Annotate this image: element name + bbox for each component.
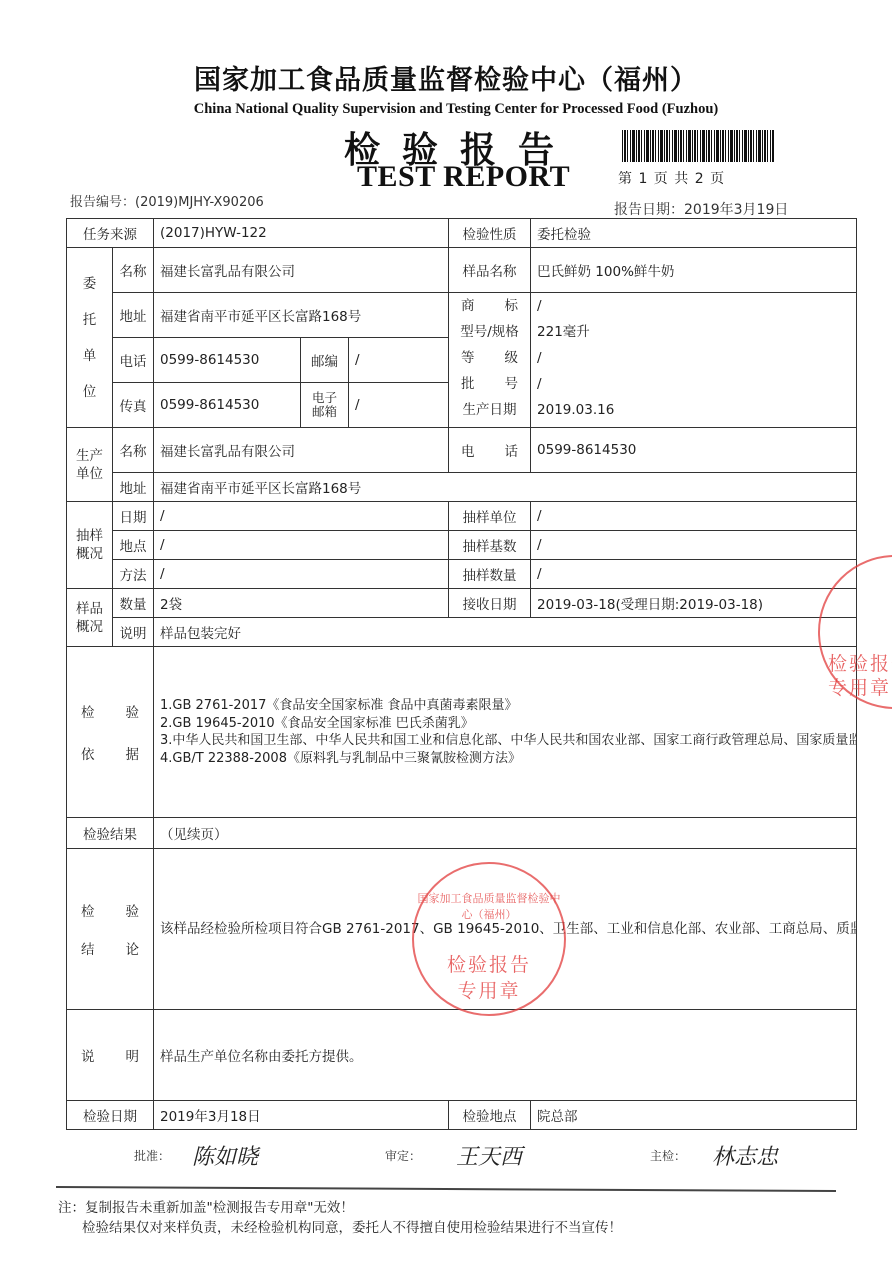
producer-address-row: 地址 福建省南平市延平区长富路168号 (67, 473, 857, 502)
stamp-ring-text: 国家加工食品质量监督检验中心（福州） (414, 890, 564, 922)
basis-row: 检验 依据 1.GB 2761-2017《食品安全国家标准 食品中真菌毒素限量》… (67, 647, 857, 818)
sampling-place-row: 地点 / 抽样基数 / (67, 531, 857, 560)
basis-item: 1.GB 2761-2017《食品安全国家标准 食品中真菌毒素限量》 (160, 697, 850, 715)
inspection-type-label: 检验性质 (449, 219, 531, 248)
task-label: 任务来源 (67, 219, 154, 248)
sampling-unit-label: 抽样单位 (449, 502, 531, 531)
barcode (622, 130, 774, 162)
report-title-en: TEST REPORT (357, 160, 570, 194)
approve-label: 批准： (134, 1147, 170, 1164)
inspection-date-row: 检验日期 2019年3月18日 检验地点 院总部 (67, 1101, 857, 1130)
producer-name-row: 生产单位 名称 福建长富乳品有限公司 电话 0599-8614530 (67, 428, 857, 473)
producer-name: 福建长富乳品有限公司 (154, 428, 449, 473)
client-postcode-label: 邮编 (301, 338, 349, 383)
client-name-row: 委托单位 名称 福建长富乳品有限公司 样品名称 巴氏鲜奶 100%鲜牛奶 (67, 248, 857, 293)
inspection-type-value: 委托检验 (531, 219, 857, 248)
sampling-method-row: 方法 / 抽样数量 / (67, 560, 857, 589)
stamp-center-text-1: 检验报告 (414, 950, 564, 977)
stamp-center-text-2: 专用章 (414, 976, 564, 1003)
sample-qty-label: 数量 (113, 589, 154, 618)
org-name-cn: 国家加工食品质量监督检验中心（福州） (0, 58, 892, 97)
client-phone-label: 电话 (113, 338, 154, 383)
basis-label: 检验 依据 (67, 647, 154, 818)
approve-signature: 陈如晓 (192, 1140, 258, 1171)
result-row: 检验结果 （见续页） (67, 818, 857, 849)
sample-grade: / (537, 345, 850, 371)
sample-attr-labels: 商标 型号/规格 等级 批号 生产日期 (449, 293, 531, 428)
client-email: / (349, 383, 449, 428)
sample-prod-date: 2019.03.16 (537, 397, 850, 423)
client-group-label: 委托单位 (67, 248, 113, 428)
sampling-place-label: 地点 (113, 531, 154, 560)
review-label: 审定： (385, 1147, 421, 1164)
producer-group-label: 生产单位 (67, 428, 113, 502)
basis-list: 1.GB 2761-2017《食品安全国家标准 食品中真菌毒素限量》 2.GB … (154, 647, 857, 818)
conclusion-label: 检验 结论 (67, 849, 154, 1010)
sampling-group-label: 抽样概况 (67, 502, 113, 589)
client-phone: 0599-8614530 (154, 338, 301, 383)
sampling-base-label: 抽样基数 (449, 531, 531, 560)
sample-qty: 2袋 (154, 589, 449, 618)
task-row: 任务来源 (2017)HYW-122 检验性质 委托检验 (67, 219, 857, 248)
producer-phone: 0599-8614530 (531, 428, 857, 473)
sampling-date-label: 日期 (113, 502, 154, 531)
footer-note-2: 检验结果仅对来样负责，未经检验机构同意，委托人不得擅自使用检验结果进行不当宣传！ (82, 1216, 622, 1236)
inspector-label: 主检： (650, 1147, 686, 1164)
sample-name: 巴氏鲜奶 100%鲜牛奶 (531, 248, 857, 293)
sample-desc-label: 说明 (113, 618, 154, 647)
sampling-date-row: 抽样概况 日期 / 抽样单位 / (67, 502, 857, 531)
producer-name-label: 名称 (113, 428, 154, 473)
sampling-qty: / (531, 560, 857, 589)
receive-date-label: 接收日期 (449, 589, 531, 618)
sample-desc: 样品包装完好 (154, 618, 857, 647)
sampling-date: / (154, 502, 449, 531)
sample-attr-values: / 221毫升 / / 2019.03.16 (531, 293, 857, 428)
result-label: 检验结果 (67, 818, 154, 849)
sample-brand: / (537, 293, 850, 319)
sampling-unit: / (531, 502, 857, 531)
client-fax-label: 传真 (113, 383, 154, 428)
sampling-method: / (154, 560, 449, 589)
producer-address: 福建省南平市延平区长富路168号 (154, 473, 857, 502)
basis-item: 3.中华人民共和国卫生部、中华人民共和国工业和信息化部、中华人民共和国农业部、国… (160, 732, 850, 750)
client-fax: 0599-8614530 (154, 383, 301, 428)
sampling-method-label: 方法 (113, 560, 154, 589)
receive-date: 2019-03-18(受理日期:2019-03-18) (531, 589, 857, 618)
producer-address-label: 地址 (113, 473, 154, 502)
sample-batch: / (537, 371, 850, 397)
client-address: 福建省南平市延平区长富路168号 (154, 293, 449, 338)
review-signature: 王天西 (456, 1140, 522, 1171)
inspection-date-label: 检验日期 (67, 1101, 154, 1130)
remark-label: 说明 (67, 1010, 154, 1101)
remark-row: 说明 样品生产单位名称由委托方提供。 (67, 1010, 857, 1101)
page-info: 第 1 页 共 2 页 (618, 168, 725, 188)
inspection-date: 2019年3月18日 (154, 1101, 449, 1130)
sample-name-label: 样品名称 (449, 248, 531, 293)
client-email-label: 电子邮箱 (301, 383, 349, 428)
result-value: （见续页） (154, 818, 857, 849)
producer-phone-label: 电话 (449, 428, 531, 473)
remark-text: 样品生产单位名称由委托方提供。 (154, 1010, 857, 1101)
official-stamp: 国家加工食品质量监督检验中心（福州） 检验报告 专用章 (412, 862, 566, 1016)
inspection-place: 院总部 (531, 1101, 857, 1130)
basis-item: 2.GB 19645-2010《食品安全国家标准 巴氏杀菌乳》 (160, 715, 850, 733)
client-postcode: / (349, 338, 449, 383)
sample-qty-row: 样品概况 数量 2袋 接收日期 2019-03-18(受理日期:2019-03-… (67, 589, 857, 618)
sample-status-group-label: 样品概况 (67, 589, 113, 647)
sample-desc-row: 说明 样品包装完好 (67, 618, 857, 647)
sampling-qty-label: 抽样数量 (449, 560, 531, 589)
client-address-row: 地址 福建省南平市延平区长富路168号 商标 型号/规格 等级 批号 生产日期 … (67, 293, 857, 338)
client-address-label: 地址 (113, 293, 154, 338)
footer-divider (56, 1186, 836, 1192)
org-name-en: China National Quality Supervision and T… (0, 101, 892, 118)
task-value: (2017)HYW-122 (154, 219, 449, 248)
sampling-place: / (154, 531, 449, 560)
report-date: 报告日期：2019年3月19日 (614, 199, 788, 219)
sampling-base: / (531, 531, 857, 560)
footer-note-1: 注：复制报告未重新加盖"检测报告专用章"无效！ (58, 1196, 354, 1216)
sample-spec: 221毫升 (537, 319, 850, 345)
report-number: 报告编号：(2019)MJHY-X90206 (70, 191, 264, 210)
inspection-place-label: 检验地点 (449, 1101, 531, 1130)
inspector-signature: 林志忠 (712, 1140, 778, 1171)
client-name-label: 名称 (113, 248, 154, 293)
client-name: 福建长富乳品有限公司 (154, 248, 449, 293)
basis-item: 4.GB/T 22388-2008《原料乳与乳制品中三聚氰胺检测方法》 (160, 750, 850, 768)
